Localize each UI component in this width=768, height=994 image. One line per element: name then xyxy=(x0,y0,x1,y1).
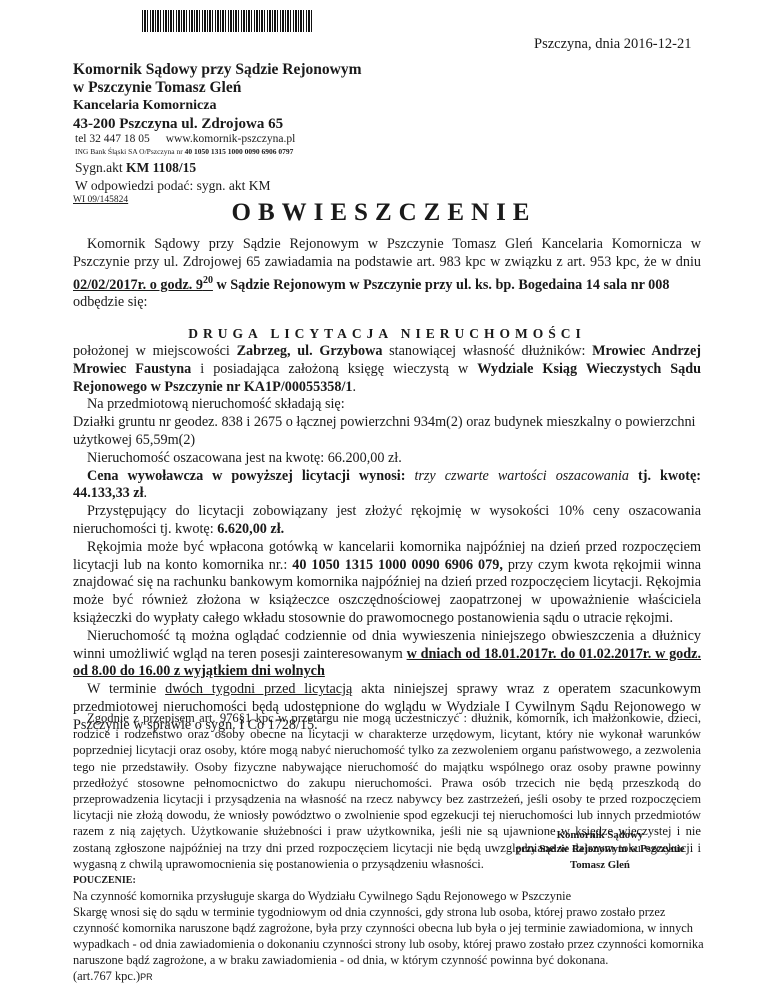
website-link[interactable]: www.komornik-pszczyna.pl xyxy=(166,133,296,145)
price-paragraph: Cena wywoławcza w powyższej licytacji wy… xyxy=(73,468,701,504)
price-end: . xyxy=(144,485,148,501)
office-name-line1: Komornik Sądowy przy Sądzie Rejonowym xyxy=(73,61,361,79)
office-name-line2: w Pszczynie Tomasz Gleń xyxy=(73,79,241,97)
signature-line1: Komornik Sądowy xyxy=(460,829,740,841)
case-signature: Sygn.akt KM 1108/15 xyxy=(75,160,196,176)
viewing-paragraph: Nieruchomość tą można oglądać codziennie… xyxy=(73,628,701,681)
property-text: . xyxy=(353,379,357,395)
instruction-label: POUCZENIE: xyxy=(73,875,136,886)
files-text: W terminie xyxy=(87,681,165,697)
property-paragraph: położonej w miejscowości Zabrzeg, ul. Gr… xyxy=(73,343,701,396)
property-location: Zabrzeg, ul. Grzybowa xyxy=(237,343,383,359)
reply-note: W odpowiedzi podać: sygn. akt KM xyxy=(75,178,270,194)
instruction-body: Na czynność komornika przysługuje skarga… xyxy=(73,888,713,985)
intro-paragraph: Komornik Sądowy przy Sądzie Rejonowym w … xyxy=(73,236,701,312)
intro-text: Komornik Sądowy przy Sądzie Rejonowym w … xyxy=(73,236,701,270)
case-signature-label: Sygn.akt xyxy=(75,160,123,175)
signature-line2: przy Sądzie Rejonowym w Pszczynie xyxy=(460,843,740,855)
contact-line: tel 32 447 18 05www.komornik-pszczyna.pl xyxy=(75,133,295,145)
auction-date-text: 02/02/2017r. o godz. 9 xyxy=(73,277,203,293)
bank-account: 40 1050 1315 1000 0090 6906 0797 xyxy=(185,147,294,156)
phone-number: tel 32 447 18 05 xyxy=(75,133,150,145)
auction-date: 02/02/2017r. o godz. 920 xyxy=(73,277,213,293)
property-text: stanowiącej własność dłużników: xyxy=(382,343,592,359)
signature-name: Tomasz Gleń xyxy=(460,859,740,871)
barcode xyxy=(142,10,312,32)
office-name-line3: Kancelaria Komornicza xyxy=(73,98,216,114)
price-fraction: trzy czwarte wartości oszacowania xyxy=(414,468,629,484)
notice-body: Komornik Sądowy przy Sądzie Rejonowym w … xyxy=(73,236,701,735)
property-text: położonej w miejscowości xyxy=(73,343,237,359)
office-address: 43-200 Pszczyna ul. Zdrojowa 65 xyxy=(73,116,283,133)
bank-line: ING Bank Śląski SA O/Pszczyna nr 40 1050… xyxy=(75,147,293,156)
valuation-text: Nieruchomość oszacowana jest na kwotę: 6… xyxy=(73,450,701,468)
deposit-amount: 6.620,00 zł. xyxy=(217,521,284,537)
instruction-line1: Na czynność komornika przysługuje skarga… xyxy=(73,888,713,904)
property-text: i posiadająca założoną księgę wieczystą … xyxy=(191,361,477,377)
document-title: OBWIESZCZENIE xyxy=(0,199,768,227)
article-reference: (art.767 kpc.) xyxy=(73,969,140,983)
composition-label: Na przedmiotową nieruchomość składają si… xyxy=(73,396,701,414)
intro-end: odbędzie się: xyxy=(73,294,147,310)
deposit-paragraph: Przystępujący do licytacji zobowiązany j… xyxy=(73,503,701,539)
auction-minutes: 20 xyxy=(203,275,213,286)
case-signature-value: KM 1108/15 xyxy=(126,160,196,175)
auction-subtitle: DRUGA LICYTACJA NIERUCHOMOŚCI xyxy=(73,325,701,343)
files-term: dwóch tygodni przed licytacją xyxy=(165,681,352,697)
price-label: Cena wywoławcza w powyższej licytacji wy… xyxy=(87,468,414,484)
deposit-account: 40 1050 1315 1000 0090 6906 079, xyxy=(292,557,503,573)
instruction-text: Skargę wnosi się do sądu w terminie tygo… xyxy=(73,904,713,968)
composition-text: Działki gruntu nr geodez. 838 i 2675 o ł… xyxy=(73,414,701,450)
instruction-article: (art.767 kpc.)PR xyxy=(73,968,713,985)
deposit-text: Przystępujący do licytacji zobowiązany j… xyxy=(73,503,701,537)
initials: PR xyxy=(140,972,153,982)
bank-name: ING Bank Śląski SA O/Pszczyna nr xyxy=(75,147,183,156)
auction-location: w Sądzie Rejonowym w Pszczynie przy ul. … xyxy=(213,277,670,293)
place-date: Pszczyna, dnia 2016-12-21 xyxy=(534,36,691,53)
payment-paragraph: Rękojmia może być wpłacona gotówką w kan… xyxy=(73,539,701,628)
